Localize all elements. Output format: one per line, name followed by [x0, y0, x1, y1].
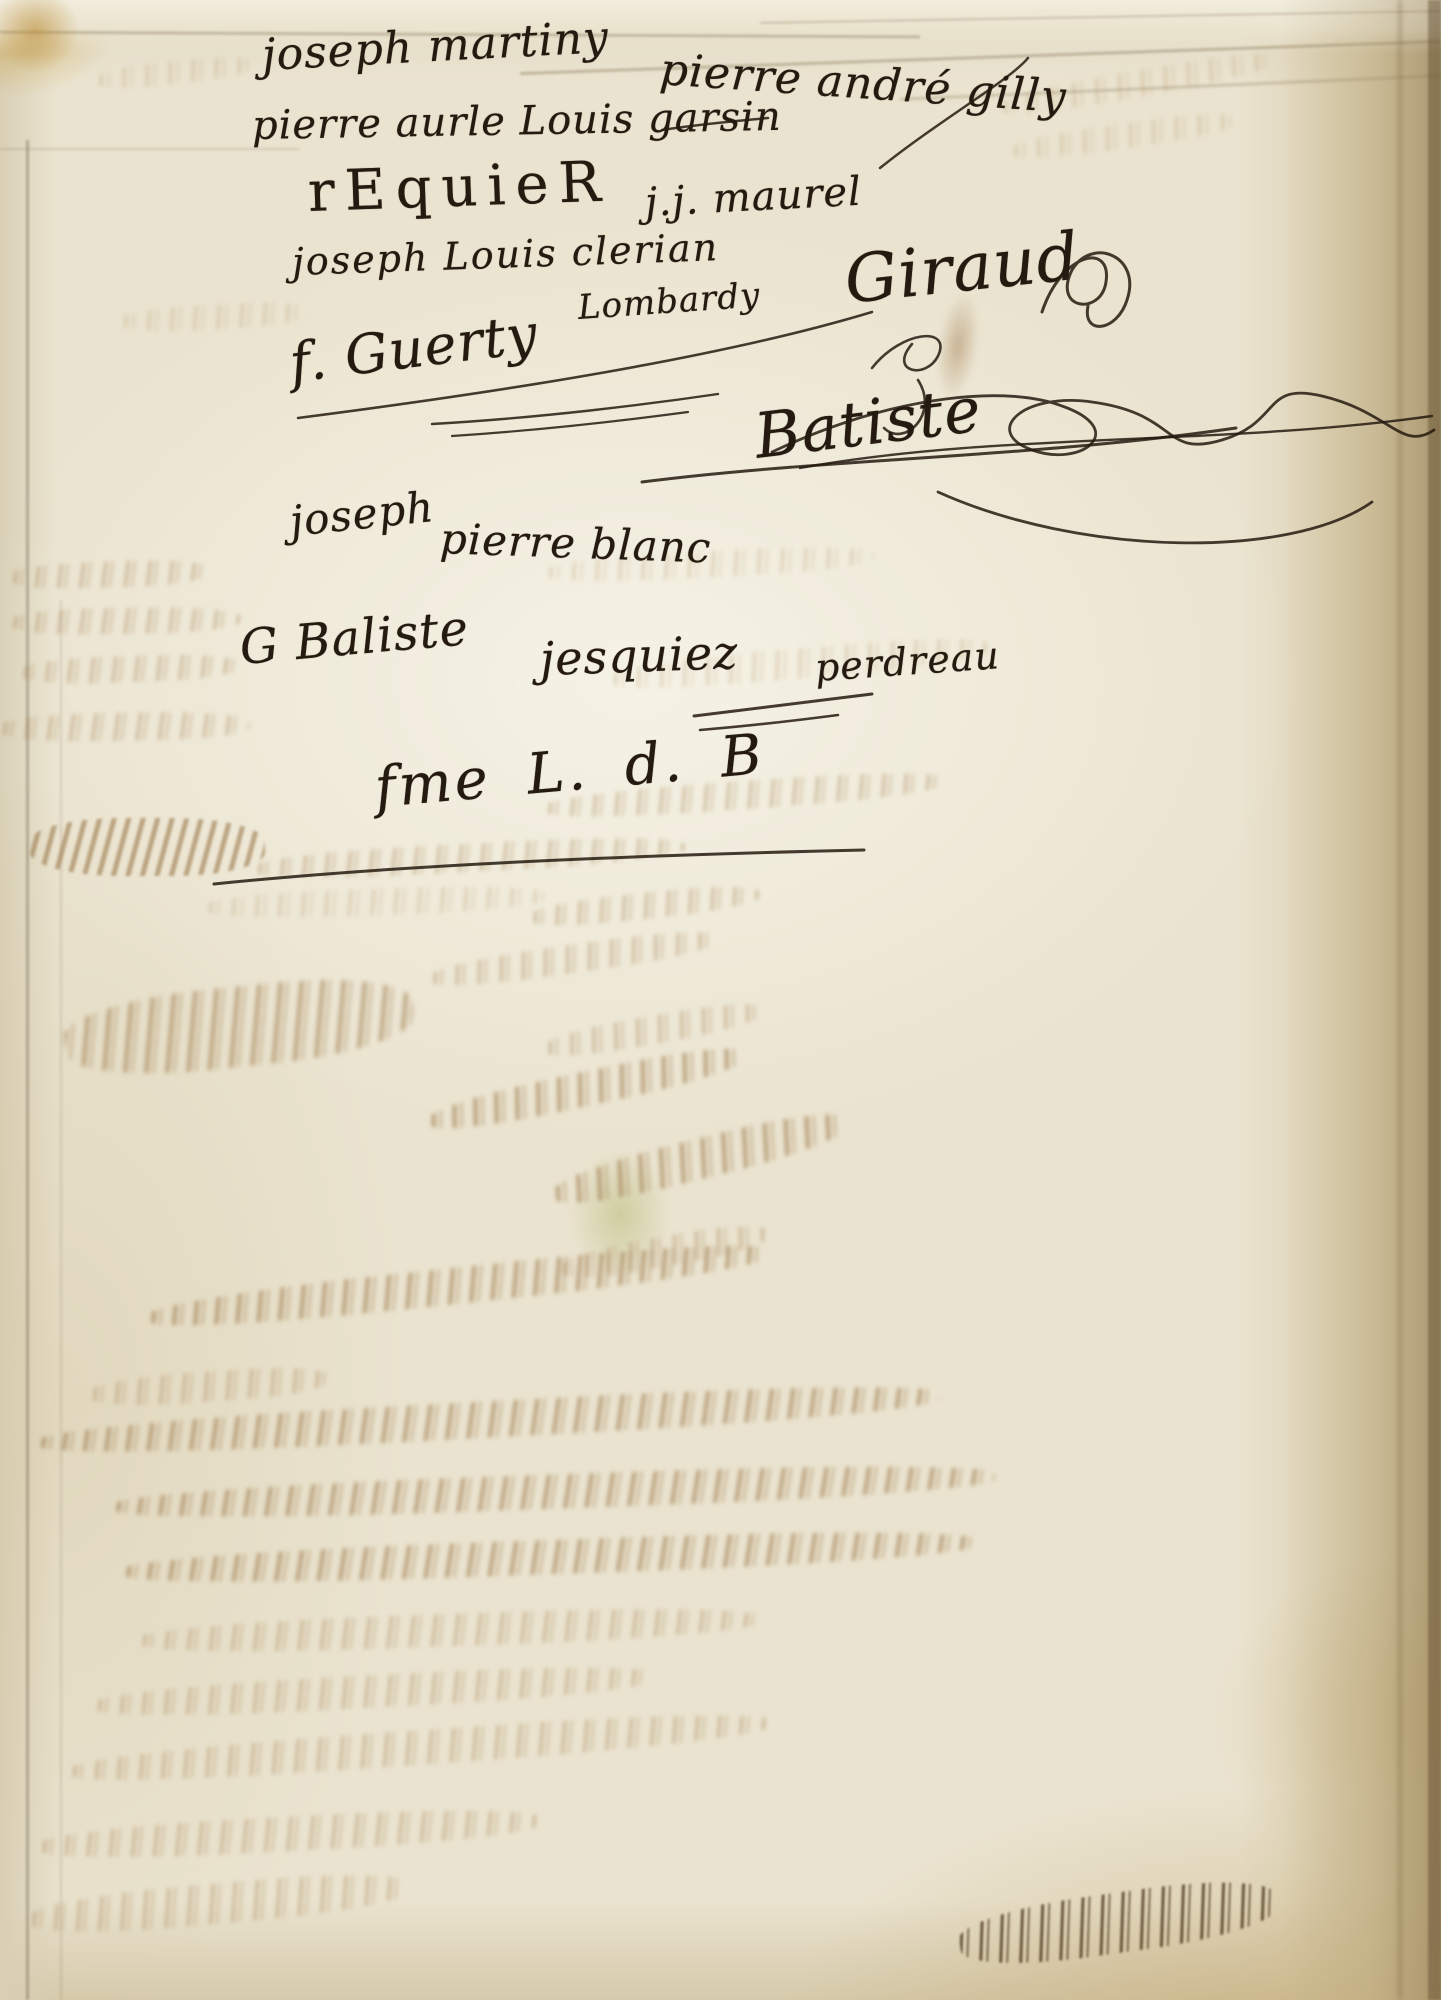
signature-g-baliste: G Baliste	[238, 600, 472, 676]
bleed-through-flourish	[550, 1103, 851, 1214]
left-crease	[26, 140, 29, 2000]
guerty-underline	[452, 412, 688, 436]
bleed-through-line	[69, 1706, 770, 1789]
signature-jesquiez: jesquiez	[539, 625, 739, 686]
bleed-through-line	[529, 881, 760, 931]
bleed-through-line	[428, 925, 719, 993]
left-crease-faint	[60, 600, 62, 2000]
signature-pierre-aurle-garsin: pierre aurle Louis garsin	[252, 94, 782, 149]
signature-lombardy: Lombardy	[577, 275, 762, 328]
jesquiez-underline	[694, 694, 872, 716]
bleed-through-line	[94, 53, 255, 92]
bleed-through-signature	[61, 969, 417, 1085]
signature-pierre-blanc: pierre blanc	[439, 514, 712, 572]
signature-batiste: Batiste	[751, 373, 986, 473]
bleed-through-line	[148, 1235, 768, 1336]
bleed-through-dark-writing	[956, 1871, 1281, 1975]
batiste-swash	[938, 492, 1372, 543]
signature-joseph: joseph	[287, 482, 436, 546]
guerty-paraph	[872, 336, 940, 370]
manuscript-page: joseph martiny pierre andré gilly pierre…	[0, 0, 1441, 2000]
bleed-through-line	[89, 1363, 331, 1410]
bleed-through-line	[28, 1867, 410, 1940]
bleed-through-line	[10, 606, 240, 636]
bleed-through-line	[254, 833, 685, 883]
top-sheet-edge	[0, 0, 1441, 54]
bleed-through-line	[139, 1603, 760, 1657]
bleed-through-line	[205, 883, 546, 921]
signature-jj-maurel: j.j. maurel	[644, 169, 863, 226]
signature-giraud: Giraud	[841, 218, 1083, 319]
bleed-through-line	[114, 1459, 995, 1524]
bleed-through-hatching	[30, 818, 265, 876]
corner-stain	[0, 0, 80, 72]
bleed-through-line	[39, 1804, 540, 1864]
signature-f-guerty: f. Guerty	[286, 302, 541, 395]
bleed-through-line	[124, 1525, 975, 1589]
guerty-underline	[432, 394, 718, 424]
bleed-through-line	[10, 558, 211, 591]
bleed-through-line	[20, 652, 241, 686]
right-curl-line	[1428, 0, 1441, 2000]
signature-joseph-louis-clerian: joseph Louis clerian	[291, 225, 719, 284]
right-curl-line	[1398, 0, 1402, 2000]
signature-requier: rEquieR	[307, 149, 612, 225]
bleed-through-line	[0, 711, 250, 743]
signature-perdreau: perdreau	[813, 633, 1001, 690]
bleed-through-line	[119, 300, 310, 334]
top-edge-line	[760, 10, 1441, 24]
signature-joseph-martiny: joseph martiny	[261, 12, 610, 81]
right-curl-shadow	[1281, 0, 1441, 2000]
bleed-through-line	[94, 1661, 655, 1722]
